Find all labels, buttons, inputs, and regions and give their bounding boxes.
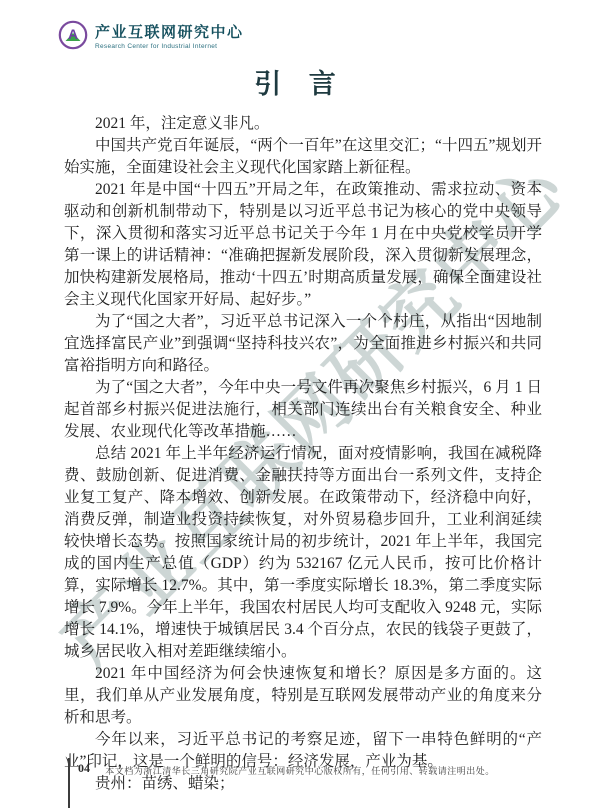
paragraph-5: 为了“国之大者”，今年中央一号文件再次聚焦乡村振兴，6 月 1 日起首部乡村振兴… — [64, 377, 542, 443]
header: A 产业互联网研究中心 Research Center for Industri… — [0, 0, 600, 50]
paragraph-6: 总结 2021 年上半年经济运行情况，面对疫情影响，我国在减税降费、鼓励创新、促… — [64, 443, 542, 663]
logo-icon: A — [58, 20, 88, 50]
body-content: 2021 年，注定意义非凡。 中国共产党百年诞辰，“两个一百年”在这里交汇；“十… — [0, 113, 600, 795]
logo-text-block: 产业互联网研究中心 Research Center for Industrial… — [95, 21, 244, 50]
paragraph-7: 2021 年中国经济为何会快速恢复和增长？原因是多方面的。这里，我们单从产业发展… — [64, 663, 542, 729]
footer: 04 本文档为浙江清华长三角研究院产业互联网研究中心版权所有，任何引用、转载请注… — [0, 756, 600, 808]
paragraph-2: 中国共产党百年诞辰，“两个一百年”在这里交汇；“十四五”规划开始实施，全面建设社… — [64, 135, 542, 179]
org-name-chinese: 产业互联网研究中心 — [95, 21, 244, 42]
document-page: 产业互联网研究中心 A 产业互联网研究中心 Research Center fo… — [0, 0, 600, 808]
org-name-english: Research Center for Industrial Internet — [95, 43, 244, 50]
paragraph-1: 2021 年，注定意义非凡。 — [64, 113, 542, 135]
paragraph-3: 2021 年是中国“十四五”开局之年，在政策推动、需求拉动、资本驱动和创新机制带… — [64, 179, 542, 311]
svg-text:A: A — [68, 26, 78, 42]
org-logo: A 产业互联网研究中心 Research Center for Industri… — [58, 20, 600, 50]
paragraph-4: 为了“国之大者”，习近平总书记深入一个个村庄，从指出“因地制宜选择富民产业”到强… — [64, 311, 542, 377]
page-title: 引 言 — [0, 62, 600, 101]
page-content: A 产业互联网研究中心 Research Center for Industri… — [0, 0, 600, 795]
copyright-notice: 本文档为浙江清华长三角研究院产业互联网研究中心版权所有，任何引用、转载请注明出处… — [0, 764, 600, 777]
